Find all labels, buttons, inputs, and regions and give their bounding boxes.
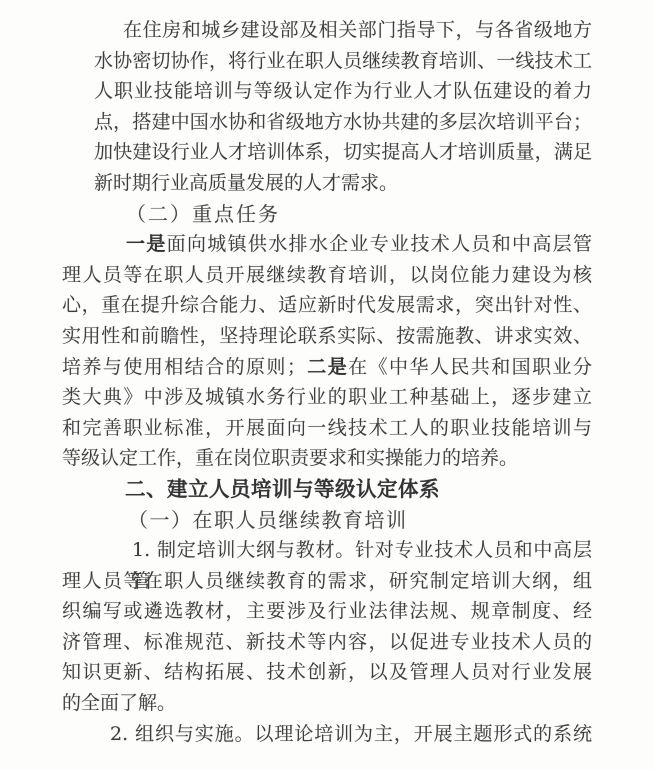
body-line: 知识更新、结构拓展、技术创新，以及管理人员对行业发展 (62, 657, 592, 688)
paragraph-first-line: 一是面向城镇供水排水企业专业技术人员和中高层管 (126, 229, 592, 260)
body-line: 和完善职业标准，开展面向一线技术工人的职业技能培训与 (62, 413, 592, 444)
paragraph-last-line: 新时期行业高质量发展的人才需求。 (94, 168, 592, 199)
body-line: 理人员等在职人员继续教育的需求，研究制定培训大纲，组 (62, 566, 592, 597)
body-line: 人职业技能培训与等级认定作为行业人才队伍建设的着力 (94, 76, 592, 107)
body-line: 点，搭建中国水协和省级地方水协共建的多层次培训平台； (94, 107, 592, 138)
body-line: 理人员等在职人员开展继续教育培训，以岗位能力建设为核 (62, 260, 592, 291)
body-line: 实用性和前瞻性，坚持理论联系实际、按需施教、讲求实效、 (62, 321, 592, 352)
body-text-run: 在《中华人民共和国职业分 (348, 356, 592, 378)
subsection-heading-continuing-education: （一）在职人员继续教育培训 (128, 505, 654, 536)
emphasis-run-yishi: 一是 (126, 233, 167, 255)
body-line: 加快建设行业人才培训体系，切实提高人才培训质量，满足 (94, 137, 592, 168)
emphasis-run-ershi: 二是 (306, 356, 348, 378)
body-text-run: 培养与使用相结合的原则； (62, 356, 306, 378)
numbered-item-first-line: 1. 制定培训大纲与教材。针对专业技术人员和中高层管 (132, 535, 592, 566)
body-line: 类大典》中涉及城镇水务行业的职业工种基础上，逐步建立 (62, 382, 592, 413)
paragraph-last-line: 的全面了解。 (62, 688, 592, 719)
body-line: 培养与使用相结合的原则；二是在《中华人民共和国职业分 (62, 352, 592, 383)
body-line: 心，重在提升综合能力、适应新时代发展需求，突出针对性、 (62, 290, 592, 321)
body-line: 水协密切协作，将行业在职人员继续教育培训、一线技术工 (94, 46, 592, 77)
body-line: 济管理、标准规范、新技术等内容，以促进专业技术人员的 (62, 627, 592, 658)
numbered-item-first-line: 2. 组织与实施。以理论培训为主，开展主题形式的系统 (110, 719, 592, 750)
section-heading-training-system: 二、建立人员培训与等级认定体系 (125, 474, 654, 505)
document-page: 在住房和城乡建设部及相关部门指导下，与各省级地方 水协密切协作，将行业在职人员继… (0, 0, 654, 770)
body-line: 织编写或遴选教材，主要涉及行业法律法规、规章制度、经 (62, 596, 592, 627)
body-text-run: 面向城镇供水排水企业专业技术人员和中高层管 (167, 233, 592, 255)
subsection-heading-key-tasks: （二）重点任务 (126, 199, 654, 230)
paragraph-first-line: 在住房和城乡建设部及相关部门指导下，与各省级地方 (123, 15, 592, 46)
paragraph-last-line: 等级认定工作，重在岗位职责要求和实操能力的培养。 (62, 443, 592, 474)
